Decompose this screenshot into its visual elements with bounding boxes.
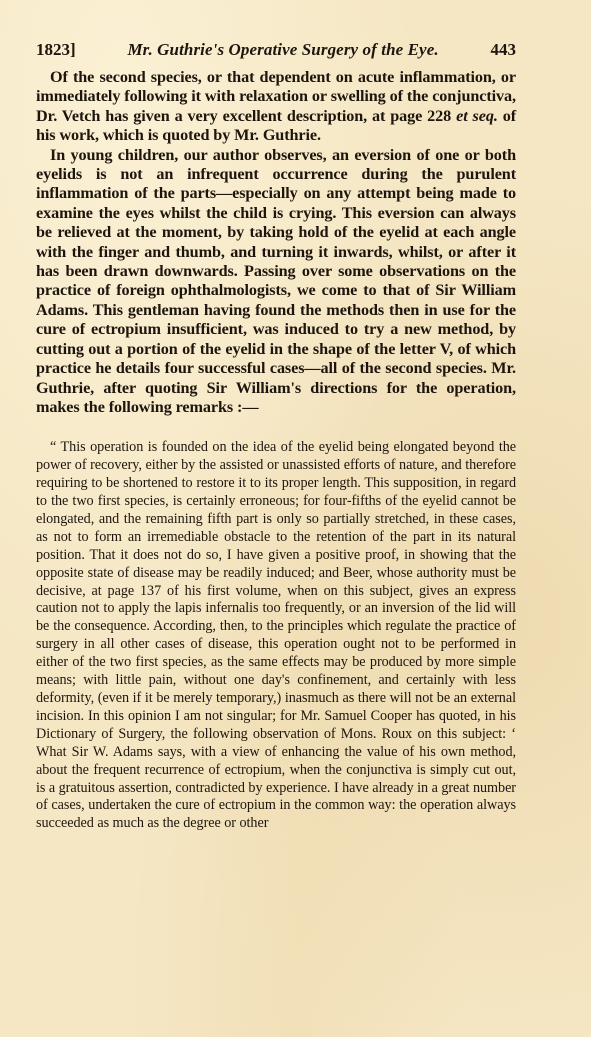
paragraph-1-italic: et seq.: [456, 107, 498, 125]
block-quote: “ This operation is founded on the idea …: [36, 439, 516, 833]
paragraph-1: Of the second species, or that dependent…: [36, 68, 516, 146]
running-head: 1823] Mr. Guthrie's Operative Surgery of…: [36, 40, 516, 60]
running-head-year: 1823]: [36, 40, 76, 60]
book-page: 1823] Mr. Guthrie's Operative Surgery of…: [36, 40, 516, 833]
running-head-title: Mr. Guthrie's Operative Surgery of the E…: [127, 40, 438, 60]
quote-text: “ This operation is founded on the idea …: [36, 439, 516, 833]
body-text: Of the second species, or that dependent…: [36, 68, 516, 417]
page-number: 443: [490, 40, 516, 60]
paragraph-2: In young children, our author observes, …: [36, 146, 516, 418]
paragraph-1-pre: Of the second species, or that dependent…: [36, 68, 516, 125]
